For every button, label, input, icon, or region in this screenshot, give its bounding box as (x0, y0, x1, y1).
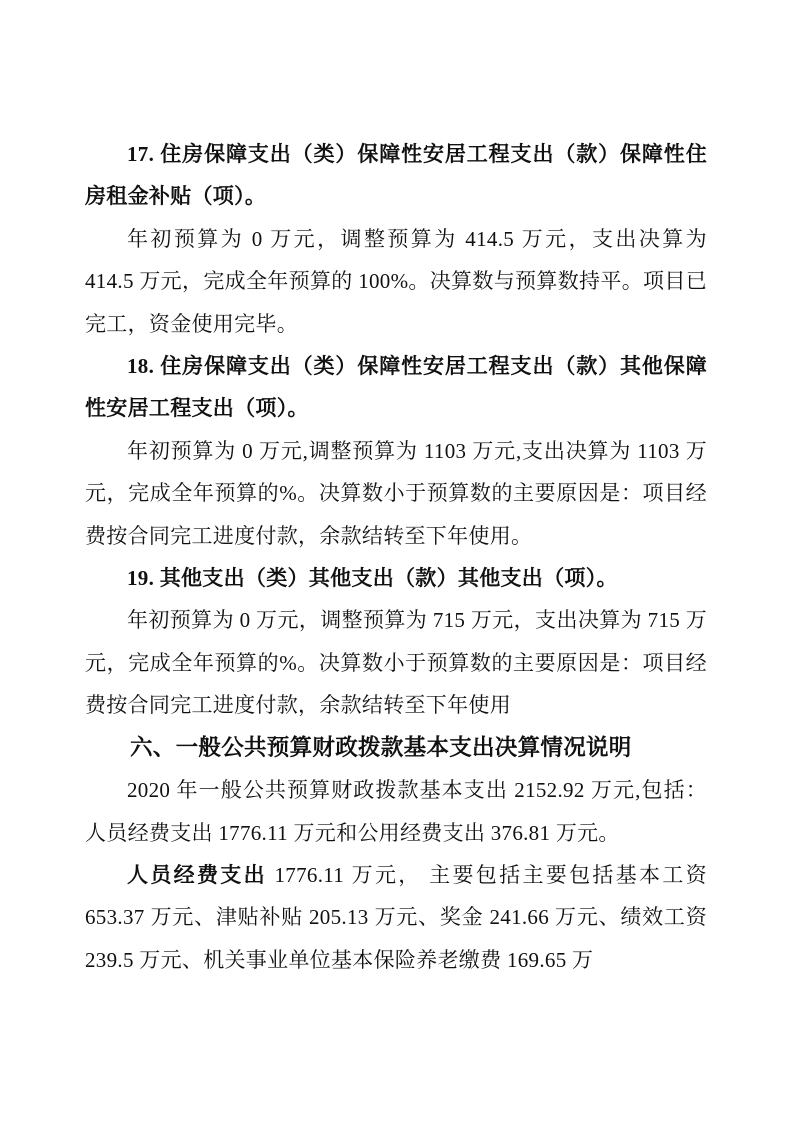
section-17-heading: 17. 住房保障支出（类）保障性安居工程支出（款）保障性住房租金补贴（项）。 (85, 133, 707, 218)
section-18-heading: 18. 住房保障支出（类）保障性安居工程支出（款）其他保障性安居工程支出（项）。 (85, 345, 707, 430)
section-18-body: 年初预算为 0 万元,调整预算为 1103 万元,支出决算为 1103 万元，完… (85, 430, 707, 557)
personnel-expense-label: 人员经费支出 (127, 863, 267, 887)
section-6-heading: 六、一般公共预算财政拨款基本支出决算情况说明 (85, 727, 707, 769)
document-page: 17. 住房保障支出（类）保障性安居工程支出（款）保障性住房租金补贴（项）。 年… (0, 0, 793, 1122)
section-6-intro: 2020 年一般公共预算财政拨款基本支出 2152.92 万元,包括：人员经费支… (85, 769, 707, 854)
section-19-body: 年初预算为 0 万元，调整预算为 715 万元，支出决算为 715 万元，完成全… (85, 599, 707, 726)
section-19-heading: 19. 其他支出（类）其他支出（款）其他支出（项）。 (85, 557, 707, 599)
personnel-expense-paragraph: 人员经费支出 1776.11 万元， 主要包括主要包括基本工资 653.37 万… (85, 854, 707, 981)
section-17-body: 年初预算为 0 万元，调整预算为 414.5 万元，支出决算为 414.5 万元… (85, 218, 707, 345)
